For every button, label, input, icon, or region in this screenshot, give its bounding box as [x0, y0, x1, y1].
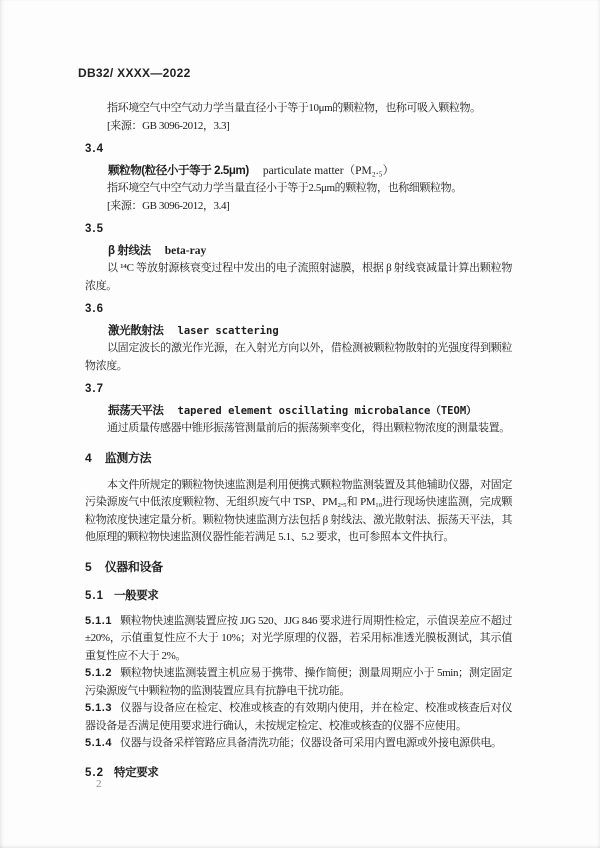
section-4-number: 4: [85, 451, 93, 465]
clause-3-4-definition: 指环境空气中空气动力学当量直径小于等于2.5μm的颗粒物，也称细颗粒物。: [85, 180, 512, 198]
clause-3-7-number: 3.7: [85, 381, 512, 397]
term-en-teom: tapered element oscillating microbalance…: [178, 405, 477, 417]
subsection-5-2-heading: 5.2特定要求: [85, 765, 512, 782]
section-5-number: 5: [85, 560, 93, 574]
document-page: DB32/ XXXX—2022 指环境空气中空气动力学当量直径小于等于10μm的…: [0, 0, 600, 848]
clause-3-5-number: 3.5: [85, 221, 512, 237]
term-en-beta-ray: beta-ray: [165, 245, 207, 257]
document-code-header: DB32/ XXXX—2022: [78, 66, 512, 80]
section-5-title: 仪器和设备: [105, 560, 163, 574]
subsection-5-2-number: 5.2: [85, 767, 104, 779]
clause-3-6-definition: 以固定波长的激光作光源，在入射光方向以外，借检测被颗粒物散射的光强度得到颗粒物浓…: [85, 340, 512, 375]
section-5-heading: 5仪器和设备: [85, 559, 512, 576]
clause-3-4-term: 颗粒物(粒径小于等于 2.5μm)particulate matter（PM₂.…: [85, 163, 512, 180]
clause-3-7-definition: 通过质量传感器中锥形振荡管测量前后的振荡频率变化，得出颗粒物浓度的测量装置。: [85, 420, 512, 438]
clause-3-4-number: 3.4: [85, 141, 512, 157]
clause-5-1-1: 5.1.1颗粒物快速监测装置应按 JJG 520、JJG 846 要求进行周期性…: [85, 613, 512, 666]
clause-5-1-3-number: 5.1.3: [85, 702, 112, 714]
clause-5-1-2-text: 颗粒物快速监测装置主机应易于携带、操作简便；测量周期应小于 5min；测定固定污…: [85, 667, 512, 697]
clause-5-1-4-number: 5.1.4: [85, 737, 112, 749]
clause-5-1-4: 5.1.4仪器与设备采样管路应具备清洗功能；仪器设备可采用内置电源或外接电源供电…: [85, 735, 512, 753]
clause-5-1-4-text: 仪器与设备采样管路应具备清洗功能；仪器设备可采用内置电源或外接电源供电。: [120, 737, 502, 749]
clause-3-4-source: [来源：GB 3096-2012，3.4]: [85, 198, 512, 216]
term-en-laser-scattering: laser scattering: [178, 325, 279, 337]
term-zh-laser-scattering: 激光散射法: [108, 325, 164, 337]
subsection-5-1-title: 一般要求: [114, 590, 158, 602]
page-number: 2: [96, 778, 102, 790]
subsection-5-1-number: 5.1: [85, 590, 104, 602]
clause-3-5-term: β 射线法beta-ray: [85, 243, 512, 260]
clause-5-1-1-number: 5.1.1: [85, 615, 112, 627]
clause-3-3-source: [来源：GB 3096-2012，3.3]: [85, 118, 512, 136]
clause-3-3-definition: 指环境空气中空气动力学当量直径小于等于10μm的颗粒物，也称可吸入颗粒物。: [85, 100, 512, 118]
clause-3-7-term: 振荡天平法tapered element oscillating microba…: [85, 403, 512, 420]
subsection-5-2-title: 特定要求: [114, 767, 158, 779]
section-4-heading: 4监测方法: [85, 450, 512, 467]
term-zh-particulate-matter: 颗粒物(粒径小于等于 2.5μm): [108, 165, 249, 177]
section-4-title: 监测方法: [105, 451, 151, 465]
clause-5-1-1-text: 颗粒物快速监测装置应按 JJG 520、JJG 846 要求进行周期性检定，示值…: [85, 615, 512, 662]
clause-3-5-definition: 以 ¹⁴C 等放射源核衰变过程中发出的电子流照射滤膜，根据 β 射线衰减量计算出…: [85, 260, 512, 295]
clause-3-6-term: 激光散射法laser scattering: [85, 323, 512, 340]
clause-5-1-3-text: 仪器与设备应在检定、校准或核查的有效期内使用，并在检定、校准或核查后对仪器设备是…: [85, 702, 512, 732]
clause-5-1-3: 5.1.3仪器与设备应在检定、校准或核查的有效期内使用，并在检定、校准或核查后对…: [85, 700, 512, 735]
section-4-paragraph: 本文件所规定的颗粒物快速监测是利用便携式颗粒物监测装置及其他辅助仪器，对固定污染…: [85, 477, 512, 547]
term-en-particulate-matter: particulate matter（PM₂.₅）: [263, 165, 394, 177]
document-content: DB32/ XXXX—2022 指环境空气中空气动力学当量直径小于等于10μm的…: [0, 0, 600, 782]
term-zh-teom: 振荡天平法: [108, 405, 164, 417]
clause-5-1-2: 5.1.2颗粒物快速监测装置主机应易于携带、操作简便；测量周期应小于 5min；…: [85, 665, 512, 700]
clause-5-1-2-number: 5.1.2: [85, 667, 112, 679]
term-zh-beta-ray: β 射线法: [108, 245, 151, 257]
clause-3-6-number: 3.6: [85, 301, 512, 317]
subsection-5-1-heading: 5.1一般要求: [85, 588, 512, 605]
